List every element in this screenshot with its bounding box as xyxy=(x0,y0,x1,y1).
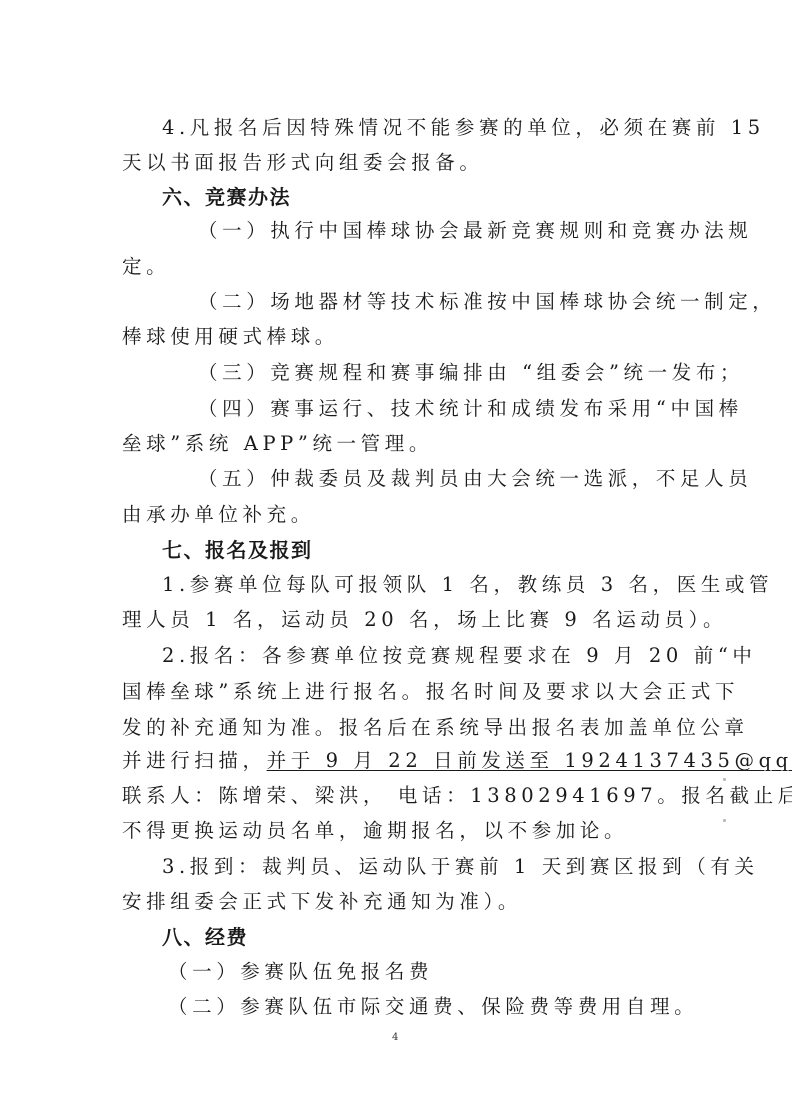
scan-speck xyxy=(723,778,726,781)
paragraph-line: 棒球使用硬式棒球。 xyxy=(122,323,682,351)
paragraph-line: （二）参赛队伍市际交通费、保险费等费用自理。 xyxy=(168,993,728,1021)
paragraph-line: （二）场地器材等技术标准按中国棒球协会统一制定， xyxy=(198,288,758,316)
paragraph-line: 垒球”系统 APP”统一管理。 xyxy=(122,430,682,458)
underlined-email-note: 并于 9 月 22 日前发送至 1924137435@qq.com xyxy=(267,749,792,772)
paragraph-line: 1.参赛单位每队可报领队 1 名，教练员 3 名，医生或管 xyxy=(162,571,722,599)
section-heading: 八、经费 xyxy=(162,923,722,951)
paragraph-line: （五）仲裁委员及裁判员由大会统一选派，不足人员 xyxy=(198,465,758,493)
paragraph-line: 理人员 1 名，运动员 20 名，场上比赛 9 名运动员）。 xyxy=(122,606,682,634)
paragraph-line: 2.报名：各参赛单位按竞赛规程要求在 9 月 20 前“中 xyxy=(162,642,722,670)
page-number: 4 xyxy=(392,1032,398,1043)
paragraph-line: 并进行扫描，并于 9 月 22 日前发送至 1924137435@qq.com xyxy=(122,747,682,775)
scan-speck xyxy=(723,819,726,822)
paragraph-line: （一）执行中国棒球协会最新竞赛规则和竞赛办法规 xyxy=(198,217,758,245)
paragraph-line: 3.报到：裁判员、运动队于赛前 1 天到赛区报到（有关 xyxy=(162,853,722,881)
paragraph-line: 发的补充通知为准。报名后在系统导出报名表加盖单位公章 xyxy=(122,714,682,742)
document-page: 4.凡报名后因特殊情况不能参赛的单位，必须在赛前 15 天以书面报告形式向组委会… xyxy=(0,0,792,1120)
paragraph-line: 4.凡报名后因特殊情况不能参赛的单位，必须在赛前 15 xyxy=(162,114,722,142)
paragraph-line: （四）赛事运行、技术统计和成绩发布采用“中国棒 xyxy=(198,395,758,423)
paragraph-line: 国棒垒球”系统上进行报名。报名时间及要求以大会正式下 xyxy=(122,678,682,706)
paragraph-line: 安排组委会正式下发补充通知为准）。 xyxy=(122,888,682,916)
paragraph-line: 不得更换运动员名单，逾期报名，以不参加论。 xyxy=(122,817,682,845)
paragraph-line: 天以书面报告形式向组委会报备。 xyxy=(122,149,682,177)
section-heading: 六、竞赛办法 xyxy=(162,183,722,211)
paragraph-line: （三）竞赛规程和赛事编排由 “组委会”统一发布； xyxy=(198,359,758,387)
paragraph-line: （一）参赛队伍免报名费 xyxy=(168,958,728,986)
paragraph-line: 定。 xyxy=(122,253,682,281)
line-text: 并进行扫描， xyxy=(122,749,267,772)
section-heading: 七、报名及报到 xyxy=(162,536,722,564)
paragraph-line: 由承办单位补充。 xyxy=(122,501,682,529)
paragraph-line: 联系人：陈增荣、梁洪， 电话：13802941697。报名截止后， xyxy=(122,782,682,810)
